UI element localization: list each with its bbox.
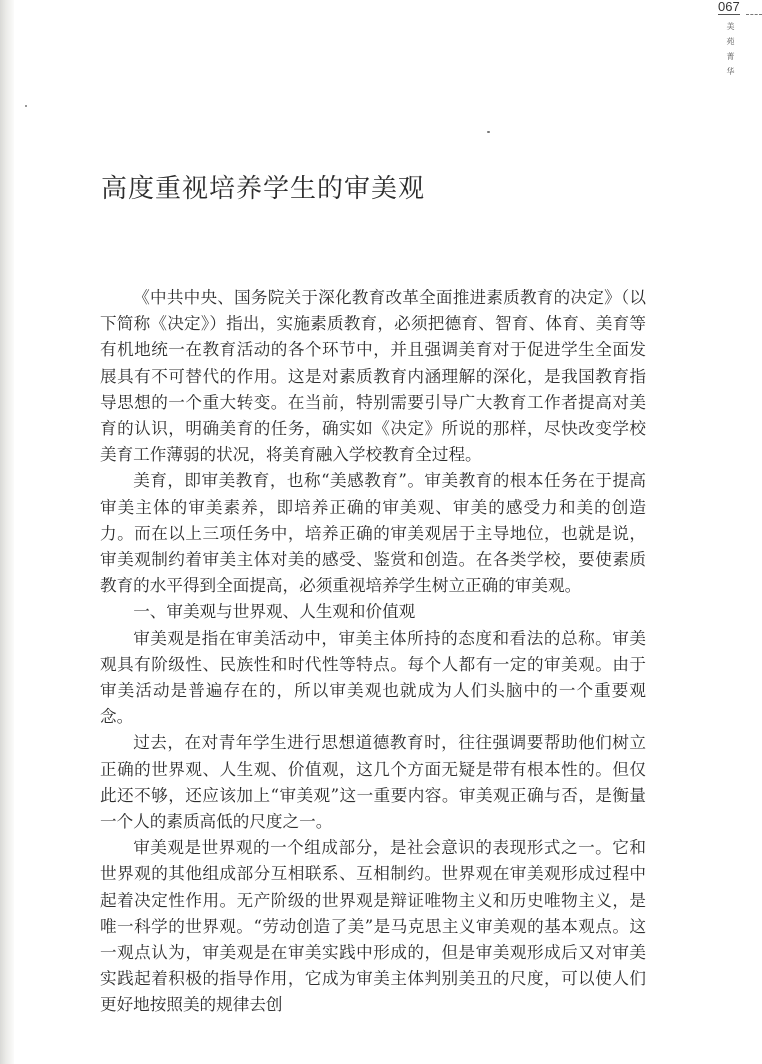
- paragraph: 《中共中央、国务院关于深化教育改革全面推进素质教育的决定》（以下简称《决定》）指…: [100, 285, 646, 468]
- paragraph: 审美观是世界观的一个组成部分，是社会意识的表现形式之一。它和世界观的其他组成部分…: [100, 835, 646, 1018]
- page-number: 067: [718, 0, 740, 15]
- page-gutter-shadow: [0, 0, 14, 1064]
- paragraph: 美育，即审美教育，也称“美感教育”。审美教育的根本任务在于提高审美主体的审美素养…: [100, 468, 646, 599]
- page-number-rule: [746, 14, 762, 15]
- paragraph: 审美观是指在审美活动中，审美主体所持的态度和看法的总称。审美观具有阶级性、民族性…: [100, 626, 646, 731]
- paragraph: 过去，在对青年学生进行思想道德教育时，往往强调要帮助他们树立正确的世界观、人生观…: [100, 730, 646, 835]
- scan-speck: [25, 105, 27, 107]
- scan-speck: [487, 131, 490, 133]
- running-head: 美苑菁华: [726, 22, 738, 82]
- article-body: 《中共中央、国务院关于深化教育改革全面推进素质教育的决定》（以下简称《决定》）指…: [100, 285, 646, 1019]
- article-title: 高度重视培养学生的审美观: [101, 168, 425, 205]
- section-heading: 一、审美观与世界观、人生观和价值观: [100, 599, 646, 625]
